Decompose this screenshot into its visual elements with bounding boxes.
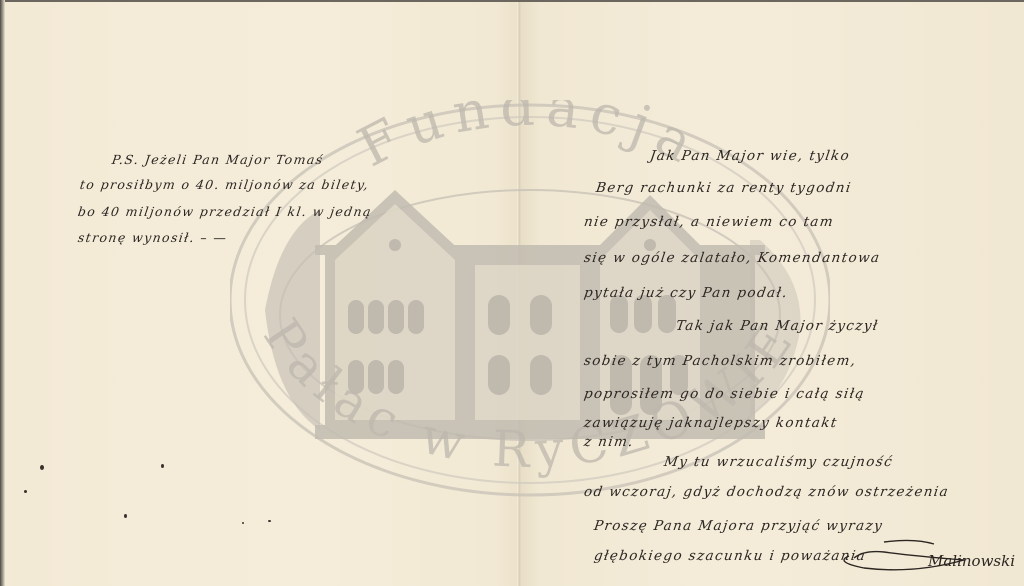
ink-speck: [24, 490, 27, 493]
right-line-3: nie przysłał, a niewiem co tam: [583, 214, 835, 230]
svg-text:Malinowski: Malinowski: [927, 552, 1015, 570]
right-line-12: od wczoraj, gdyż dochodzą znów ostrzeżen…: [583, 484, 950, 500]
left-line-3: bo 40 miljonów przedział I kl. w jedną: [77, 204, 373, 219]
right-line-9: zawiązuję jaknajlepszy kontakt: [583, 415, 839, 431]
right-line-6: Tak jak Pan Major życzył: [675, 318, 880, 334]
ink-speck: [242, 522, 244, 524]
scan-left-edge: [0, 0, 5, 586]
right-line-10: z nim.: [583, 434, 635, 450]
right-line-2: Berg rachunki za renty tygodni: [595, 180, 853, 196]
right-line-5: pytała już czy Pan podał.: [583, 285, 789, 301]
right-line-7: sobie z tym Pacholskim zrobiłem,: [583, 353, 858, 369]
right-line-4: się w ogóle zalatało, Komendantowa: [583, 250, 882, 266]
ink-speck: [161, 464, 164, 468]
left-line-4: stronę wynosił. – —: [77, 230, 229, 245]
ink-speck: [40, 465, 44, 470]
ink-speck: [124, 514, 127, 518]
right-line-11: My tu wrzucaliśmy czujność: [663, 454, 894, 470]
left-page: [5, 2, 520, 586]
signature-flourish-icon: Malinowski: [824, 530, 1022, 574]
scanned-letter: Fundacja Pałac w RyCZOWIE P.S. Jeżeli Pa…: [0, 0, 1024, 586]
ink-speck: [268, 520, 271, 522]
scan-top-edge: [0, 0, 1024, 2]
left-line-2: to prosiłbym o 40. miljonów za bilety,: [79, 177, 370, 192]
right-line-8: poprosiłem go do siebie i całą siłą: [583, 386, 866, 402]
page-fold: [517, 2, 521, 586]
left-line-1: P.S. Jeżeli Pan Major Tomaś: [111, 152, 325, 167]
right-line-1: Jak Pan Major wie, tylko: [649, 148, 851, 164]
